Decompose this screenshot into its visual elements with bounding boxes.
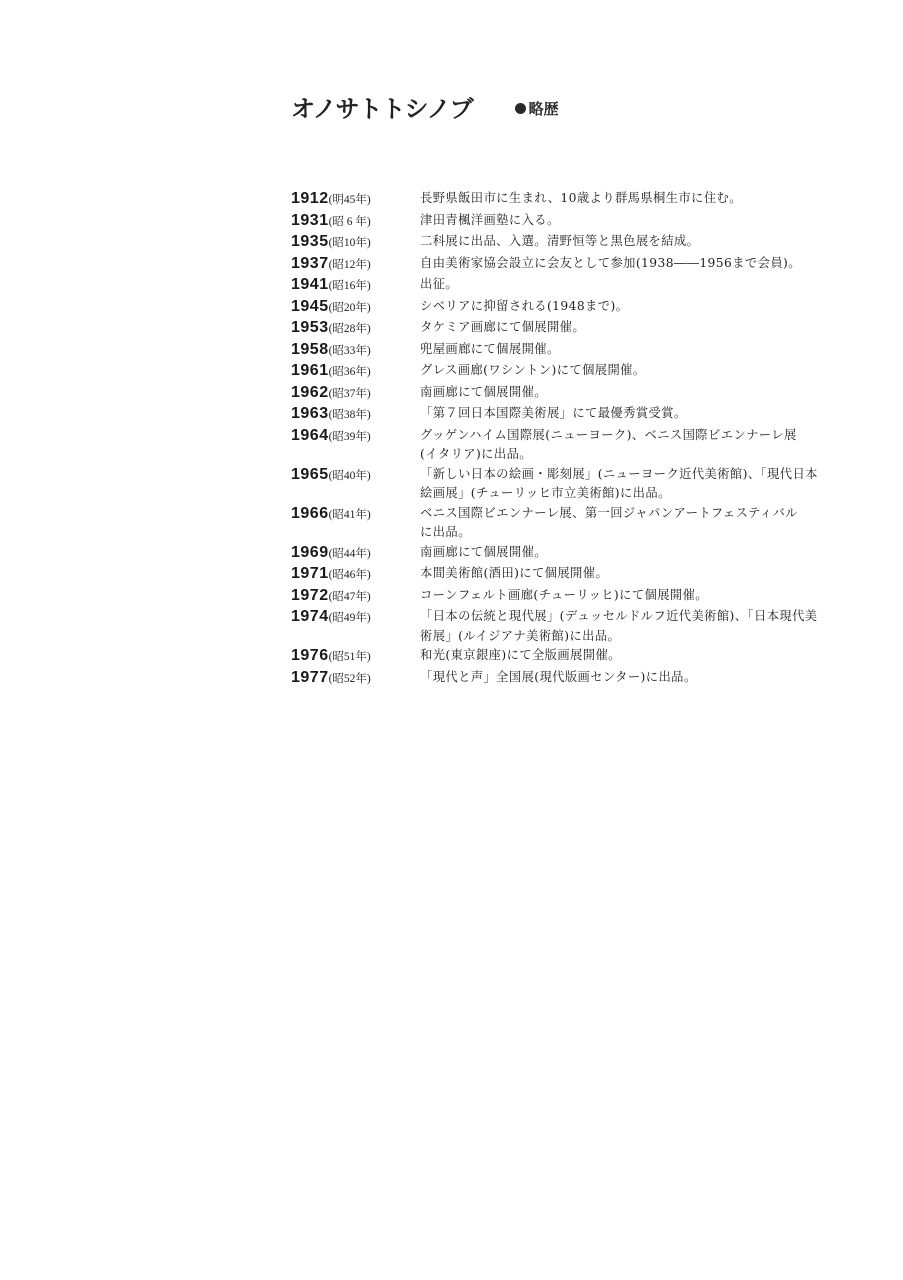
section-heading: 略歴 [515,98,559,119]
entry-era: (昭16年) [329,280,371,292]
entry-year: 1976 [291,647,329,664]
entry-description-line: コーンフェルト画廊(チューリッヒ)にて個展開催。 [420,586,850,606]
entry-date: 1935(昭10年) [291,232,420,254]
entry-description-line: 「日本の伝統と現代展」(デュッセルドルフ近代美術館)、「日本現代美 [420,607,850,627]
timeline-entry: 1966(昭41年)ベニス国際ビエンナーレ展、第一回ジャパンアートフェスティバル… [291,504,851,543]
entry-description-line: 南画廊にて個展開催。 [420,383,850,403]
entry-description: タケミア画廊にて個展開催。 [420,318,850,338]
entry-description-line: シベリアに抑留される(1948まで)。 [420,297,850,317]
entry-era: (昭47年) [329,591,371,603]
entry-era: (昭38年) [329,409,371,421]
entry-year: 1961 [291,362,329,379]
entry-description-line: タケミア画廊にて個展開催。 [420,318,850,338]
entry-description: 自由美術家協会設立に会友として参加(1938――1956まで会員)。 [420,254,850,274]
entry-year: 1958 [291,341,329,358]
entry-date: 1977(昭52年) [291,668,420,690]
entry-description-line: 長野県飯田市に生まれ、10歳より群馬県桐生市に住む。 [420,189,850,209]
entry-description-line: 出征。 [420,275,850,295]
timeline-entry: 1976(昭51年)和光(東京銀座)にて全版画展開催。 [291,646,851,668]
entry-description-line: ベニス国際ビエンナーレ展、第一回ジャパンアートフェスティバル [420,504,850,524]
entry-date: 1931(昭 6 年) [291,211,420,233]
entry-description: 南画廊にて個展開催。 [420,543,850,563]
timeline-entry: 1945(昭20年)シベリアに抑留される(1948まで)。 [291,297,851,319]
entry-year: 1962 [291,384,329,401]
timeline-entry: 1962(昭37年)南画廊にて個展開催。 [291,383,851,405]
entry-date: 1966(昭41年) [291,504,420,526]
timeline-entry: 1931(昭 6 年)津田青楓洋画塾に入る。 [291,211,851,233]
entry-era: (昭49年) [329,612,371,624]
entry-year: 1935 [291,233,329,250]
entry-era: (昭 6 年) [329,216,371,228]
timeline-entry: 1953(昭28年)タケミア画廊にて個展開催。 [291,318,851,340]
entry-description-line: 本間美術館(酒田)にて個展開催。 [420,564,850,584]
entry-date: 1976(昭51年) [291,646,420,668]
entry-description: 「新しい日本の絵画・彫刻展」(ニューヨーク近代美術館)、「現代日本絵画展」(チュ… [420,465,850,504]
page-header: オノサトトシノブ 略歴 [291,88,559,124]
entry-year: 1931 [291,212,329,229]
entry-era: (昭12年) [329,259,371,271]
entry-era: (昭44年) [329,548,371,560]
entry-year: 1972 [291,587,329,604]
entry-year: 1953 [291,319,329,336]
entry-era: (昭36年) [329,366,371,378]
entry-era: (昭33年) [329,345,371,357]
entry-description: ベニス国際ビエンナーレ展、第一回ジャパンアートフェスティバルに出品。 [420,504,850,543]
entry-year: 1977 [291,669,329,686]
entry-era: (昭40年) [329,470,371,482]
entry-description: コーンフェルト画廊(チューリッヒ)にて個展開催。 [420,586,850,606]
entry-date: 1953(昭28年) [291,318,420,340]
timeline-entry: 1964(昭39年)グッゲンハイム国際展(ニューヨーク)、ベニス国際ビエンナーレ… [291,426,851,465]
section-title: 略歴 [529,98,559,119]
entry-description: 「第７回日本国際美術展」にて最優秀賞受賞。 [420,404,850,424]
entry-date: 1958(昭33年) [291,340,420,362]
entry-description-line: グッゲンハイム国際展(ニューヨーク)、ベニス国際ビエンナーレ展 [420,426,850,446]
entry-description-line: 兜屋画廊にて個展開催。 [420,340,850,360]
timeline-entry: 1958(昭33年)兜屋画廊にて個展開催。 [291,340,851,362]
entry-date: 1912(明45年) [291,189,420,211]
entry-era: (昭39年) [329,431,371,443]
entry-date: 1969(昭44年) [291,543,420,565]
entry-description: 兜屋画廊にて個展開催。 [420,340,850,360]
entry-description-line: 「現代と声」全国展(現代版画センター)に出品。 [420,668,850,688]
entry-era: (昭52年) [329,673,371,685]
entry-date: 1972(昭47年) [291,586,420,608]
entry-description-line: に出品。 [420,523,850,543]
timeline-entry: 1974(昭49年)「日本の伝統と現代展」(デュッセルドルフ近代美術館)、「日本… [291,607,851,646]
entry-year: 1966 [291,505,329,522]
timeline-entry: 1937(昭12年)自由美術家協会設立に会友として参加(1938――1956まで… [291,254,851,276]
timeline-entry: 1961(昭36年)グレス画廊(ワシントン)にて個展開催。 [291,361,851,383]
entry-date: 1961(昭36年) [291,361,420,383]
entry-era: (昭28年) [329,323,371,335]
timeline-entry: 1935(昭10年)二科展に出品、入選。清野恒等と黒色展を結成。 [291,232,851,254]
entry-description-line: (イタリア)に出品。 [420,445,850,465]
timeline-entry: 1941(昭16年)出征。 [291,275,851,297]
entry-era: (昭51年) [329,651,371,663]
entry-description: 津田青楓洋画塾に入る。 [420,211,850,231]
entry-description-line: 絵画展」(チューリッヒ市立美術館)に出品。 [420,484,850,504]
entry-description-line: 自由美術家協会設立に会友として参加(1938――1956まで会員)。 [420,254,850,274]
entry-description-line: 「新しい日本の絵画・彫刻展」(ニューヨーク近代美術館)、「現代日本 [420,465,850,485]
entry-era: (昭37年) [329,388,371,400]
entry-date: 1965(昭40年) [291,465,420,487]
entry-year: 1912 [291,190,329,207]
timeline-entry: 1912(明45年)長野県飯田市に生まれ、10歳より群馬県桐生市に住む。 [291,189,851,211]
biography-timeline: 1912(明45年)長野県飯田市に生まれ、10歳より群馬県桐生市に住む。1931… [291,189,851,689]
entry-description: 南画廊にて個展開催。 [420,383,850,403]
entry-year: 1971 [291,565,329,582]
entry-year: 1963 [291,405,329,422]
entry-date: 1941(昭16年) [291,275,420,297]
entry-year: 1937 [291,255,329,272]
entry-description: グレス画廊(ワシントン)にて個展開催。 [420,361,850,381]
entry-era: (昭46年) [329,569,371,581]
entry-description: 「日本の伝統と現代展」(デュッセルドルフ近代美術館)、「日本現代美術展」(ルイジ… [420,607,850,646]
entry-year: 1974 [291,608,329,625]
bullet-icon [515,103,526,114]
entry-description-line: 南画廊にて個展開催。 [420,543,850,563]
entry-description: 本間美術館(酒田)にて個展開催。 [420,564,850,584]
entry-date: 1937(昭12年) [291,254,420,276]
entry-era: (昭41年) [329,509,371,521]
timeline-entry: 1969(昭44年)南画廊にて個展開催。 [291,543,851,565]
entry-year: 1964 [291,427,329,444]
entry-year: 1965 [291,466,329,483]
entry-date: 1962(昭37年) [291,383,420,405]
entry-date: 1964(昭39年) [291,426,420,448]
timeline-entry: 1971(昭46年)本間美術館(酒田)にて個展開催。 [291,564,851,586]
entry-description-line: 「第７回日本国際美術展」にて最優秀賞受賞。 [420,404,850,424]
timeline-entry: 1972(昭47年)コーンフェルト画廊(チューリッヒ)にて個展開催。 [291,586,851,608]
entry-description: グッゲンハイム国際展(ニューヨーク)、ベニス国際ビエンナーレ展(イタリア)に出品… [420,426,850,465]
entry-description: 長野県飯田市に生まれ、10歳より群馬県桐生市に住む。 [420,189,850,209]
entry-year: 1941 [291,276,329,293]
entry-era: (明45年) [329,194,371,206]
entry-description: 出征。 [420,275,850,295]
artist-name: オノサトトシノブ [291,89,473,124]
entry-description: 「現代と声」全国展(現代版画センター)に出品。 [420,668,850,688]
entry-era: (昭10年) [329,237,371,249]
entry-date: 1974(昭49年) [291,607,420,629]
entry-description-line: グレス画廊(ワシントン)にて個展開催。 [420,361,850,381]
entry-year: 1945 [291,298,329,315]
entry-description-line: 術展」(ルイジアナ美術館)に出品。 [420,627,850,647]
timeline-entry: 1965(昭40年)「新しい日本の絵画・彫刻展」(ニューヨーク近代美術館)、「現… [291,465,851,504]
entry-description-line: 和光(東京銀座)にて全版画展開催。 [420,646,850,666]
entry-description-line: 津田青楓洋画塾に入る。 [420,211,850,231]
entry-description-line: 二科展に出品、入選。清野恒等と黒色展を結成。 [420,232,850,252]
entry-era: (昭20年) [329,302,371,314]
entry-date: 1963(昭38年) [291,404,420,426]
entry-description: 和光(東京銀座)にて全版画展開催。 [420,646,850,666]
entry-date: 1945(昭20年) [291,297,420,319]
entry-description: シベリアに抑留される(1948まで)。 [420,297,850,317]
entry-description: 二科展に出品、入選。清野恒等と黒色展を結成。 [420,232,850,252]
entry-date: 1971(昭46年) [291,564,420,586]
timeline-entry: 1963(昭38年)「第７回日本国際美術展」にて最優秀賞受賞。 [291,404,851,426]
entry-year: 1969 [291,544,329,561]
timeline-entry: 1977(昭52年)「現代と声」全国展(現代版画センター)に出品。 [291,668,851,690]
